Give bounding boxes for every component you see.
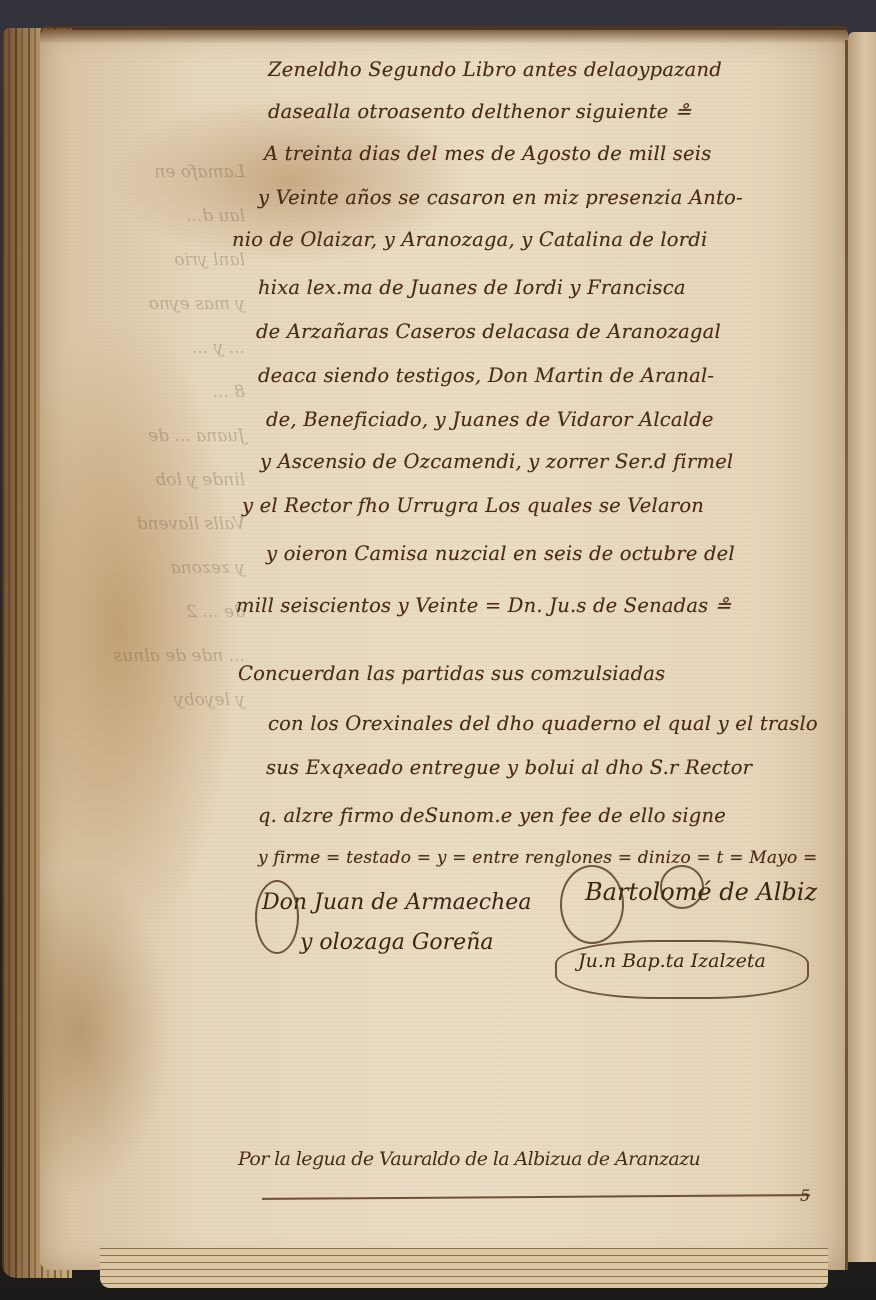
text-line: y firme = testado = y = entre renglones … — [258, 848, 817, 868]
text-line: y oieron Camisa nuzcial en seis de octub… — [266, 542, 735, 565]
text-line: con los Orexinales del dho quaderno el q… — [268, 712, 818, 735]
bleed-line: y mas eyno — [85, 282, 245, 326]
signature-flourish-icon — [555, 940, 809, 999]
text-line: Concuerdan las partidas sus comzulsiadas — [238, 662, 665, 685]
bleed-line: Valls llavend — [85, 502, 245, 546]
signature-flourish-icon — [255, 880, 299, 954]
bleed-line: de ... 2 — [85, 590, 245, 634]
text-line: sus Exqxeado entregue y bolui al dho S.r… — [266, 756, 752, 779]
bleed-through-text: Lamafo en lau d... lanl yrio y mas eyno … — [85, 150, 245, 722]
bleed-line: ... nde de alnus — [85, 634, 245, 678]
signature-olozaga: y olozaga Goreña — [300, 930, 494, 955]
bleed-line: lanl yrio — [85, 238, 245, 282]
bleed-line: y leyoby — [85, 678, 245, 722]
text-line: de, Beneficiado, y Juanes de Vidaror Alc… — [266, 408, 714, 431]
manuscript-scene: Lamafo en lau d... lanl yrio y mas eyno … — [0, 0, 876, 1300]
bleed-line: linde y lob — [85, 458, 245, 502]
text-line: Zeneldho Segundo Libro antes delaoypazan… — [268, 58, 722, 81]
bleed-line: ... y ... — [85, 326, 245, 370]
text-line: A treinta dias del mes de Agosto de mill… — [264, 142, 711, 165]
facing-page-edge — [848, 32, 876, 1262]
text-line: de Arzañaras Caseros delacasa de Aranoza… — [256, 320, 721, 343]
text-line: nio de Olaizar, y Aranozaga, y Catalina … — [232, 228, 707, 251]
signature-rubric-icon — [660, 865, 704, 909]
bleed-line: Juana ... de — [85, 414, 245, 458]
text-line: y el Rector fho Urrugra Los quales se Ve… — [242, 494, 704, 517]
text-line: y Veinte años se casaron en miz presenzi… — [258, 186, 743, 209]
bleed-line: lau d... — [85, 194, 245, 238]
bleed-line: y zezona — [85, 546, 245, 590]
text-line: dasealla otroasento delthenor siguiente … — [268, 100, 691, 123]
bleed-line: 8 ... — [85, 370, 245, 414]
text-line: y Ascensio de Ozcamendi, y zorrer Ser.d … — [260, 450, 733, 473]
closing-line: Por la legua de Vauraldo de la Albizua d… — [238, 1148, 700, 1170]
signature-armaechea: Don Juan de Armaechea — [262, 890, 531, 915]
text-line: q. alzre firmo deSunom.e yen fee de ello… — [258, 804, 726, 827]
page-mark: 5 — [800, 1186, 810, 1205]
binding-gutter — [845, 40, 848, 1270]
text-line: deaca siendo testigos, Don Martin de Ara… — [258, 364, 714, 387]
signature-flourish-icon — [560, 865, 624, 944]
text-line: hixa lex.ma de Juanes de Iordi y Francis… — [258, 276, 686, 299]
bleed-line: Lamafo en — [85, 150, 245, 194]
text-line: mill seiscientos y Veinte = Dn. Ju.s de … — [236, 594, 731, 617]
